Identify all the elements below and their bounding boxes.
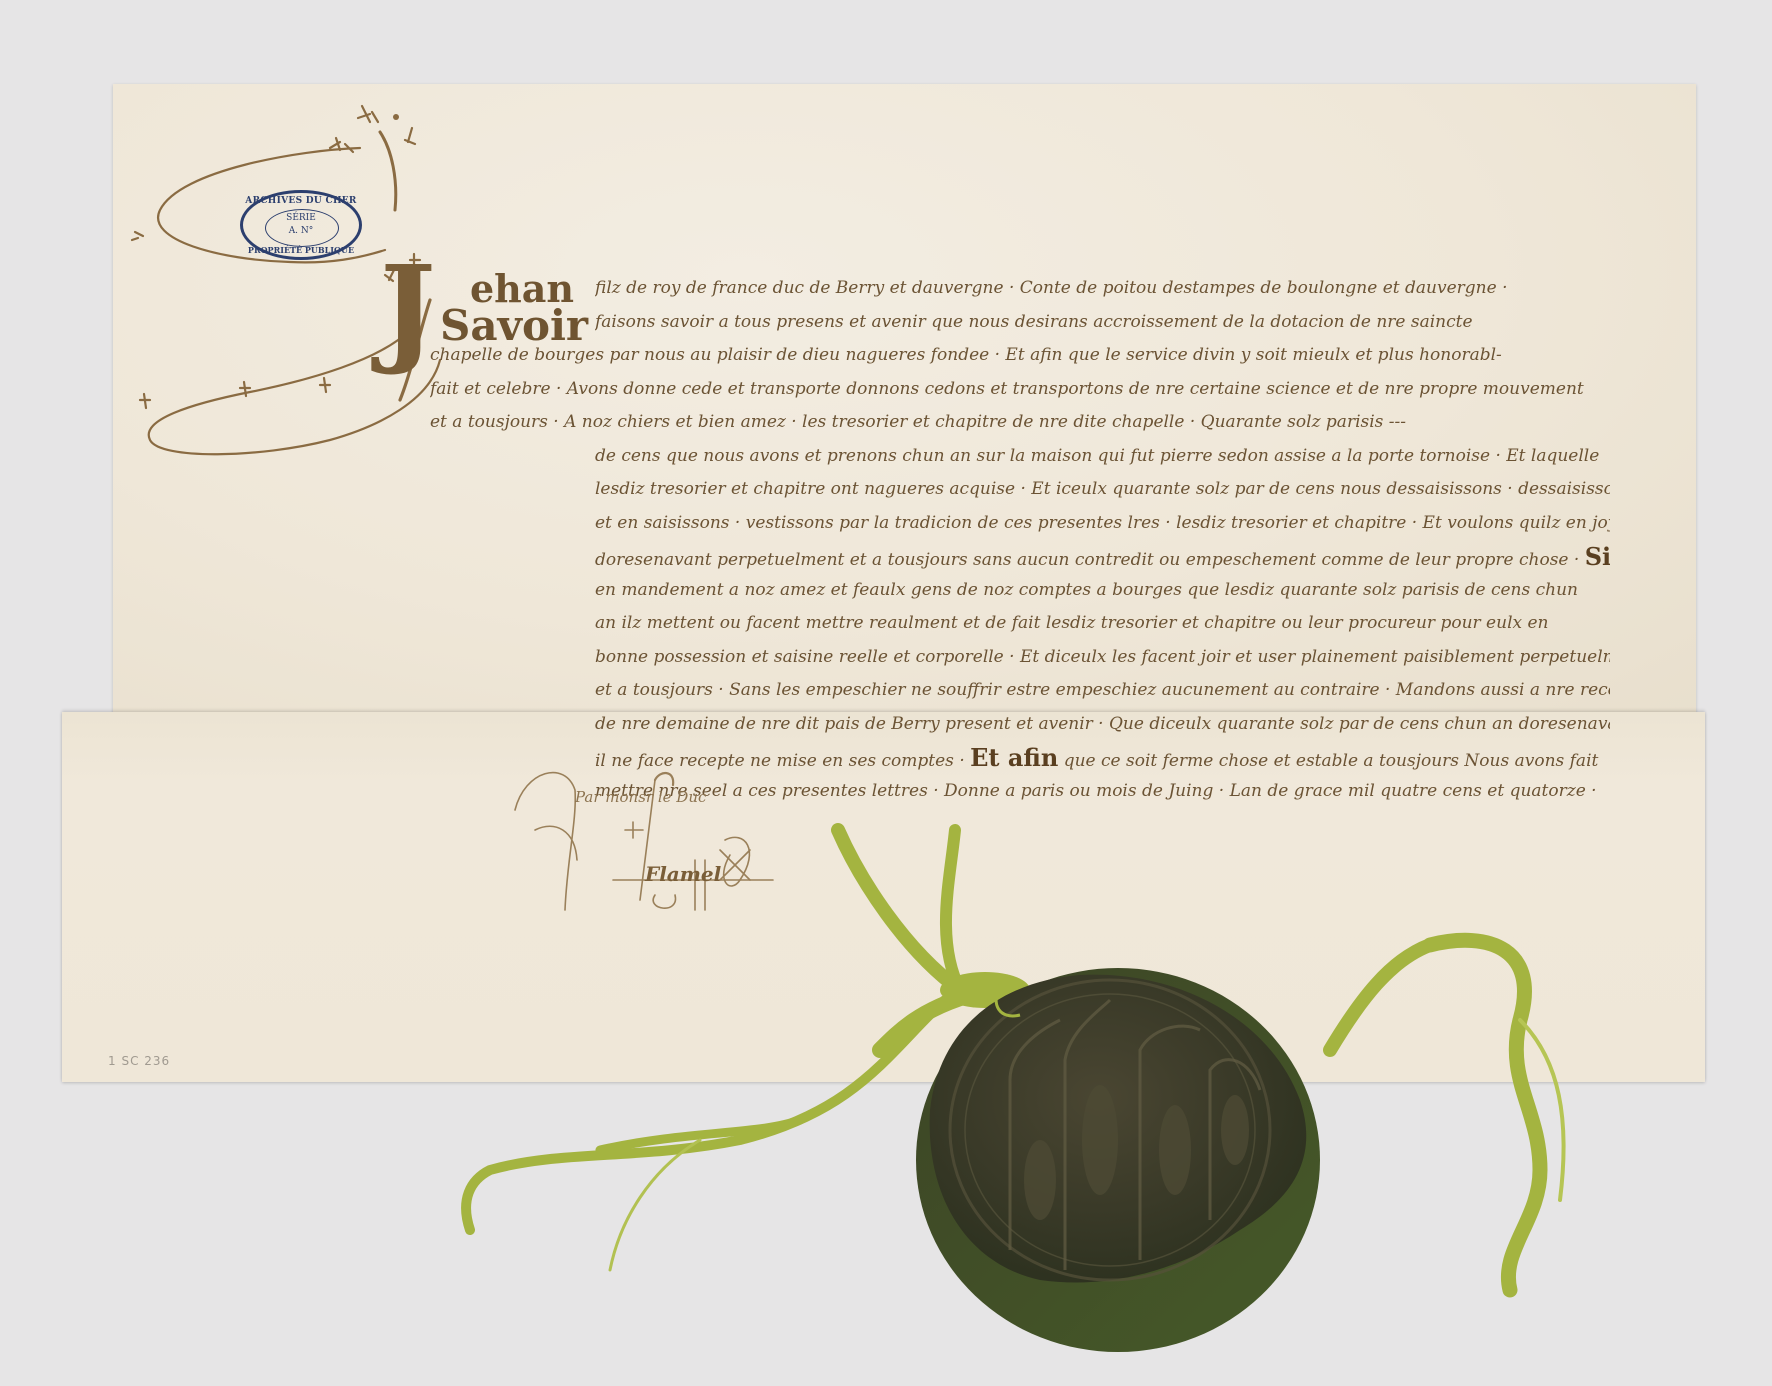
endorsement-par-monsr-le-duc: Par monsr le Duc [575,788,706,806]
text-line: an ilz mettent ou facent mettre reaulmen… [595,607,1610,641]
text-line: de nre demaine de nre dit pais de Berry … [595,708,1610,742]
text-line: doresenavant perpetuelment et a tousjour… [595,540,1610,574]
text-line: et a tousjours · A noz chiers et bien am… [430,406,1610,440]
stamp-bottom-text: PROPRIÉTÉ PUBLIQUE [243,245,359,255]
stamp-series-label: SÉRIE [243,213,359,223]
emphasized-si-donnons: Si donnons [1585,542,1610,571]
signature-name: Flamel [645,862,721,886]
text-line: filz de roy de france duc de Berry et da… [595,272,1610,306]
stamp-top-text: ARCHIVES DU CHER [243,196,359,206]
secretary-signature: Par monsr le Duc Flamel [505,760,805,920]
text-line: de cens que nous avons et prenons chun a… [595,440,1610,474]
text-line: faisons savoir a tous presens et avenir … [595,306,1610,340]
text-line: bonne possession et saisine reelle et co… [595,641,1610,675]
decorated-initial: J [380,250,432,368]
charter-text-body: filz de roy de france duc de Berry et da… [595,272,1610,808]
archive-stamp: ARCHIVES DU CHER SÉRIE A. N° PROPRIÉTÉ P… [240,190,362,260]
stamp-number-label: A. N° [243,226,359,236]
catalog-pencil-note: 1 SC 236 [108,1054,170,1068]
text-line: lesdiz tresorier et chapitre ont naguere… [595,473,1610,507]
signature-flourish [505,760,805,920]
text-line: fait et celebre · Avons donne cede et tr… [430,373,1610,407]
text-line: chapelle de bourges par nous au plaisir … [430,339,1610,373]
text-line: en mandement a noz amez et feaulx gens d… [595,574,1610,608]
text-segment: que ce soit ferme chose et estable a tou… [1064,751,1599,771]
text-segment: doresenavant perpetuelment et a tousjour… [595,550,1579,570]
emphasized-et-afin: Et afin [970,743,1058,772]
text-line: et a tousjours · Sans les empeschier ne … [595,674,1610,708]
text-line: et en saisissons · vestissons par la tra… [595,507,1610,541]
